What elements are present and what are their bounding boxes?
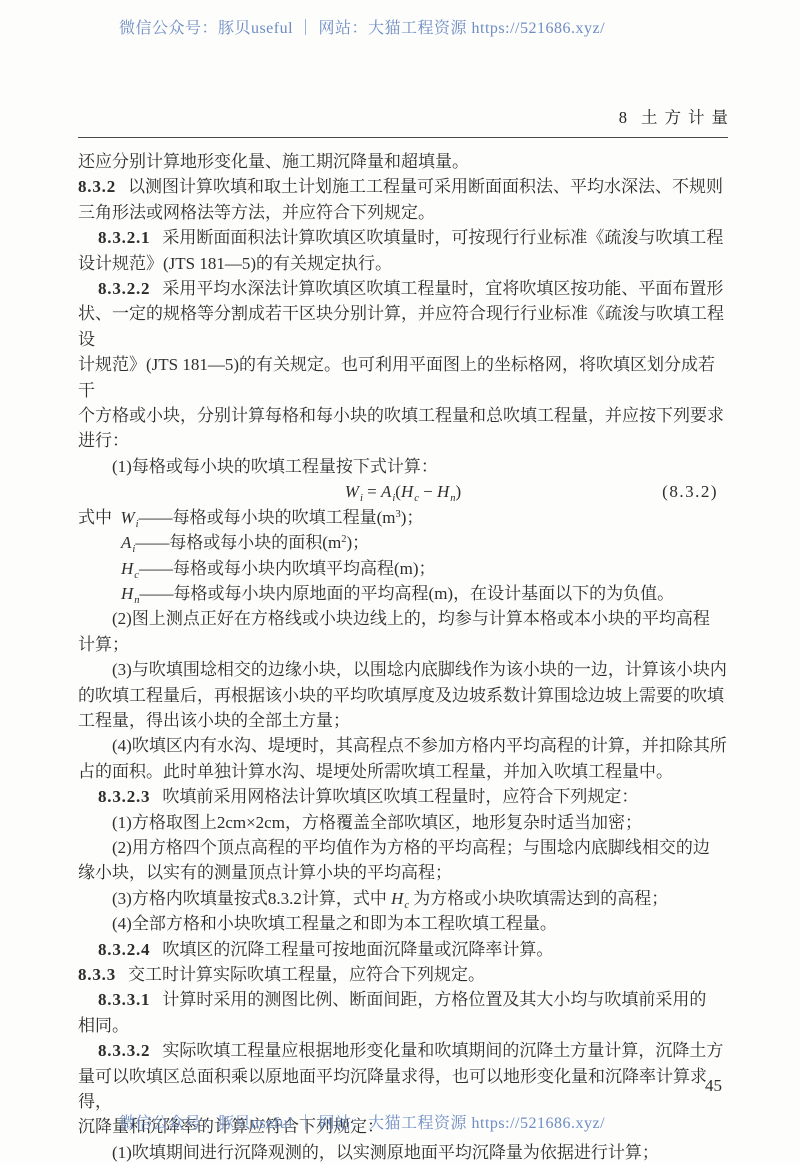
math-variable: H xyxy=(391,889,404,908)
text-line: (4)全部方格和小块吹填工程量之和即为本工程吹填工程量。 xyxy=(78,911,728,936)
text-line: (1)方格取图上2cm×2cm，方格覆盖全部吹填区，地形复杂时适当加密； xyxy=(78,810,728,835)
chapter-title: 土方计量 xyxy=(641,108,735,127)
text-segment: 计算； xyxy=(78,635,129,654)
text-line: (1)吹填期间进行沉降观测的，以实测原地面平均沉降量为依据进行计算； xyxy=(78,1140,728,1163)
text-line: 相同。 xyxy=(78,1013,728,1038)
text-line: 进行： xyxy=(78,428,728,453)
text-segment: (2)用方格四个顶点高程的平均值作为方格的平均高程；与围埝内底脚线相交的边 xyxy=(112,838,710,857)
formula-line: Wi = Ai(Hc − Hn)(8.3.2) xyxy=(78,479,728,504)
text-segment: 占的面积。此时单独计算水沟、堤埂处所需吹填工程量，并加入吹填工程量中。 xyxy=(78,762,673,781)
text-segment: 相同。 xyxy=(78,1016,129,1035)
text-segment: 计算时采用的测图比例、断面间距，方格位置及其大小均与吹填前采用的 xyxy=(162,990,706,1009)
text-segment: 状、一定的规格等分割成若干区块分别计算，并应符合现行行业标准《疏浚与吹填工程设 xyxy=(78,304,724,348)
text-line: 个方格或小块，分别计算每格和每小块的吹填工程量和总吹填工程量，并应按下列要求 xyxy=(78,403,728,428)
text-line: 的吹填工程量后，再根据该小块的平均吹填厚度及边坡系数计算围埝边坡上需要的吹填 xyxy=(78,683,728,708)
document-body: 还应分别计算地形变化量、施工期沉降量和超填量。8.3.2以测图计算吹填和取土计划… xyxy=(78,149,728,1163)
text-segment: 量可以吹填区总面积乘以原地面平均沉降量求得，也可以地形变化量和沉降率计算求得， xyxy=(78,1067,707,1111)
text-segment: 三角形法或网格法等方法，并应符合下列规定。 xyxy=(78,203,435,222)
text-segment: 工程量，得出该小块的全部土方量； xyxy=(78,711,350,730)
text-segment: − xyxy=(419,482,437,501)
text-line: 8.3.3.1计算时采用的测图比例、断面间距，方格位置及其大小均与吹填前采用的 xyxy=(78,987,728,1012)
text-segment: (2)图上测点正好在方格线或小块边线上的，均参与计算本格或本小块的平均高程 xyxy=(112,609,710,628)
text-segment: (3)方格内吹填量按式8.3.2计算，式中 xyxy=(112,889,391,908)
text-segment: )； xyxy=(401,508,424,527)
text-segment: 采用平均水深法计算吹填区吹填工程量时，宜将吹填区按功能、平面布置形 xyxy=(162,279,723,298)
text-segment: ——每格或每小块内吹填平均高程(m)； xyxy=(139,559,436,578)
text-line: (3)方格内吹填量按式8.3.2计算，式中 Hc 为方格或小块吹填需达到的高程； xyxy=(78,886,728,911)
chapter-number: 8 xyxy=(619,108,627,127)
page-content: 8土方计量 还应分别计算地形变化量、施工期沉降量和超填量。8.3.2以测图计算吹… xyxy=(78,104,728,1163)
clause-number: 8.3.2.1 xyxy=(98,228,150,247)
math-variable: H xyxy=(121,584,134,603)
text-segment: (1)方格取图上2cm×2cm，方格覆盖全部吹填区，地形复杂时适当加密； xyxy=(112,813,642,832)
clause-number: 8.3.2.4 xyxy=(98,940,150,959)
text-segment: 进行： xyxy=(78,431,129,450)
text-line: (2)用方格四个顶点高程的平均值作为方格的平均高程；与围埝内底脚线相交的边 xyxy=(78,835,728,860)
text-line: 还应分别计算地形变化量、施工期沉降量和超填量。 xyxy=(78,149,728,174)
text-segment: 设计规范》(JTS 181—5)的有关规定执行。 xyxy=(78,254,392,273)
text-segment: (4)吹填区内有水沟、堤埂时，其高程点不参加方格内平均高程的计算，并扣除其所 xyxy=(112,736,727,755)
text-segment: 实际吹填工程量应根据地形变化量和吹填期间的沉降土方量计算，沉降土方 xyxy=(162,1041,723,1060)
math-variable: H xyxy=(437,482,450,501)
text-line: 三角形法或网格法等方法，并应符合下列规定。 xyxy=(78,200,728,225)
text-line: 缘小块，以实有的测量顶点计算小块的平均高程； xyxy=(78,860,728,885)
text-segment: ——每格或每小块的面积(m xyxy=(135,533,341,552)
text-line: 状、一定的规格等分割成若干区块分别计算，并应符合现行行业标准《疏浚与吹填工程设 xyxy=(78,301,728,352)
text-line: (2)图上测点正好在方格线或小块边线上的，均参与计算本格或本小块的平均高程 xyxy=(78,606,728,631)
text-segment: 个方格或小块，分别计算每格和每小块的吹填工程量和总吹填工程量，并应按下列要求 xyxy=(78,406,724,425)
text-segment: = xyxy=(363,482,381,501)
text-line: 式中 Wi——每格或每小块的吹填工程量(m3)； xyxy=(78,505,728,530)
text-line: (1)每格或每小块的吹填工程量按下式计算： xyxy=(78,454,728,479)
text-line: 8.3.3交工时计算实际吹填工程量，应符合下列规定。 xyxy=(78,962,728,987)
text-segment: 的吹填工程量后，再根据该小块的平均吹填厚度及边坡系数计算围埝边坡上需要的吹填 xyxy=(78,686,724,705)
math-variable: H xyxy=(401,482,414,501)
text-segment: 式中 xyxy=(78,508,121,527)
text-line: 工程量，得出该小块的全部土方量； xyxy=(78,708,728,733)
text-segment: ——每格或每小块内原地面的平均高程(m)，在设计基面以下的为负值。 xyxy=(140,584,675,603)
text-line: 8.3.3.2实际吹填工程量应根据地形变化量和吹填期间的沉降土方量计算，沉降土方 xyxy=(78,1038,728,1063)
text-line: (4)吹填区内有水沟、堤埂时，其高程点不参加方格内平均高程的计算，并扣除其所 xyxy=(78,733,728,758)
text-segment: (3)与吹填围埝相交的边缘小块，以围埝内底脚线作为该小块的一边，计算该小块内 xyxy=(112,660,727,679)
running-header: 8土方计量 xyxy=(78,104,728,138)
text-line: 计算； xyxy=(78,632,728,657)
text-line: 8.3.2.1采用断面面积法计算吹填区吹填量时，可按现行行业标准《疏浚与吹填工程 xyxy=(78,225,728,250)
text-line: Ai——每格或每小块的面积(m2)； xyxy=(78,530,728,555)
watermark-bottom: 微信公众号：豚贝useful ｜ 网站：大猫工程资源 https://52168… xyxy=(0,1110,762,1133)
text-segment: ——每格或每小块的吹填工程量(m xyxy=(139,508,396,527)
text-segment: ) xyxy=(456,482,462,501)
clause-number: 8.3.2.3 xyxy=(98,787,150,806)
page-number: 45 xyxy=(705,1076,722,1096)
text-segment: 计规范》(JTS 181—5)的有关规定。也可利用平面图上的坐标格网，将吹填区划… xyxy=(78,355,715,399)
equation-number: (8.3.2) xyxy=(662,479,718,504)
watermark-top: 微信公众号：豚贝useful ｜ 网站：大猫工程资源 https://52168… xyxy=(0,15,762,38)
text-segment: (1)每格或每小块的吹填工程量按下式计算： xyxy=(112,457,438,476)
text-segment: 为方格或小块吹填需达到的高程； xyxy=(409,889,668,908)
text-segment: 吹填前采用网格法计算吹填区吹填工程量时，应符合下列规定： xyxy=(162,787,638,806)
text-line: 设计规范》(JTS 181—5)的有关规定执行。 xyxy=(78,251,728,276)
text-line: 8.3.2.2采用平均水深法计算吹填区吹填工程量时，宜将吹填区按功能、平面布置形 xyxy=(78,276,728,301)
clause-number: 8.3.2 xyxy=(78,177,116,196)
text-line: (3)与吹填围埝相交的边缘小块，以围埝内底脚线作为该小块的一边，计算该小块内 xyxy=(78,657,728,682)
clause-number: 8.3.3.1 xyxy=(98,990,150,1009)
clause-number: 8.3.2.2 xyxy=(98,279,150,298)
text-line: 8.3.2以测图计算吹填和取土计划施工工程量可采用断面面积法、平均水深法、不规则 xyxy=(78,174,728,199)
text-segment: (1)吹填期间进行沉降观测的，以实测原地面平均沉降量为依据进行计算； xyxy=(112,1143,659,1162)
text-segment: 交工时计算实际吹填工程量，应符合下列规定。 xyxy=(128,965,485,984)
math-variable: W xyxy=(121,508,136,527)
math-variable: H xyxy=(121,559,134,578)
math-variable: A xyxy=(121,533,132,552)
text-segment: (4)全部方格和小块吹填工程量之和即为本工程吹填工程量。 xyxy=(112,914,557,933)
text-segment: 以测图计算吹填和取土计划施工工程量可采用断面面积法、平均水深法、不规则 xyxy=(128,177,723,196)
math-variable: W xyxy=(345,482,360,501)
clause-number: 8.3.3 xyxy=(78,965,116,984)
text-line: 计规范》(JTS 181—5)的有关规定。也可利用平面图上的坐标格网，将吹填区划… xyxy=(78,352,728,403)
text-line: 占的面积。此时单独计算水沟、堤埂处所需吹填工程量，并加入吹填工程量中。 xyxy=(78,759,728,784)
text-line: 8.3.2.3吹填前采用网格法计算吹填区吹填工程量时，应符合下列规定： xyxy=(78,784,728,809)
text-segment: 采用断面面积法计算吹填区吹填量时，可按现行行业标准《疏浚与吹填工程 xyxy=(162,228,723,247)
clause-number: 8.3.3.2 xyxy=(98,1041,150,1060)
text-line: Hc——每格或每小块内吹填平均高程(m)； xyxy=(78,556,728,581)
math-variable: A xyxy=(381,482,392,501)
text-segment: )； xyxy=(346,533,369,552)
text-line: Hn——每格或每小块内原地面的平均高程(m)，在设计基面以下的为负值。 xyxy=(78,581,728,606)
text-line: 8.3.2.4吹填区的沉降工程量可按地面沉降量或沉降率计算。 xyxy=(78,937,728,962)
text-segment: 还应分别计算地形变化量、施工期沉降量和超填量。 xyxy=(78,152,469,171)
text-segment: 缘小块，以实有的测量顶点计算小块的平均高程； xyxy=(78,863,452,882)
text-segment: 吹填区的沉降工程量可按地面沉降量或沉降率计算。 xyxy=(162,940,553,959)
text-line: 量可以吹填区总面积乘以原地面平均沉降量求得，也可以地形变化量和沉降率计算求得， xyxy=(78,1064,728,1115)
